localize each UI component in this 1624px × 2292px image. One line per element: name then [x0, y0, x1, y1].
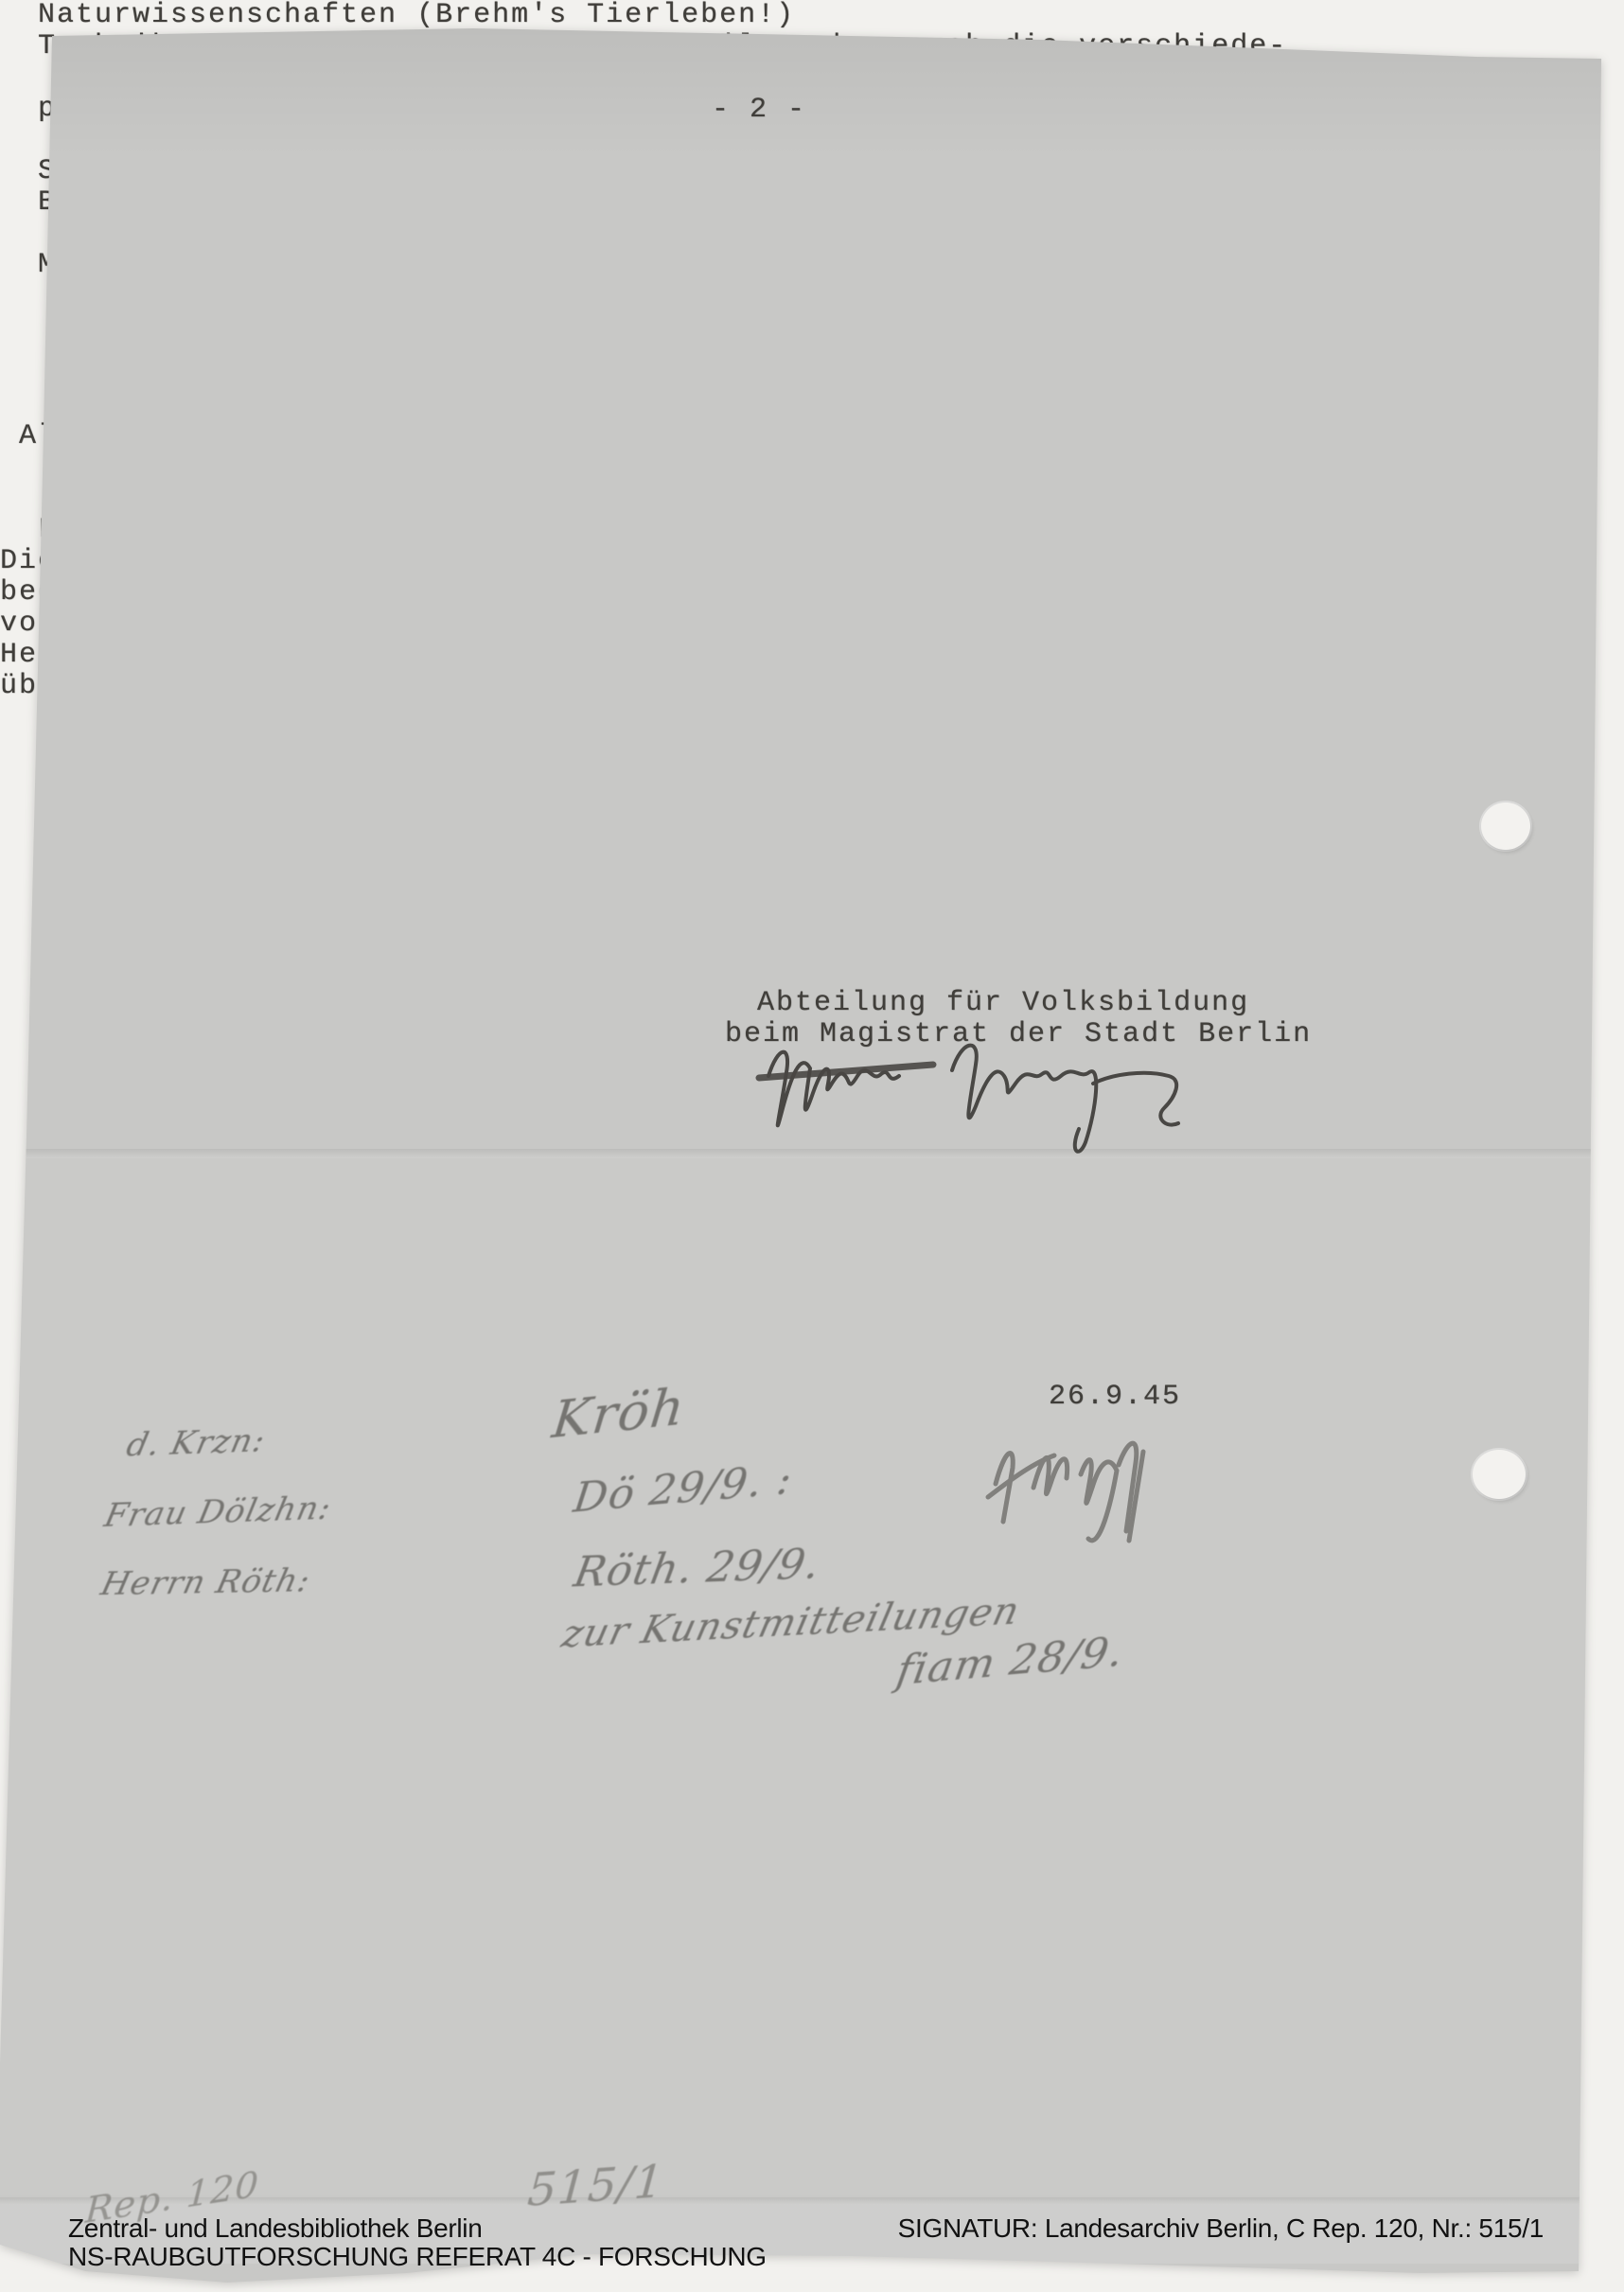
- punch-hole-bottom: [1473, 1450, 1526, 1499]
- page-number: - 2 -: [712, 95, 806, 126]
- pencil-signature-number: 515/1: [525, 2155, 665, 2217]
- lower-page-tone: [0, 1158, 1624, 2195]
- handwritten-note-label: Herrn Röth:: [97, 1561, 314, 1603]
- pencil-signature: [975, 1397, 1259, 1562]
- punch-hole-top: [1481, 802, 1530, 850]
- signoff-department: Abteilung für Volksbildung: [757, 988, 1249, 1019]
- handwritten-note-value: Röth. 29/9.: [571, 1541, 824, 1597]
- scan-edge-artifact: [0, 0, 1170, 4]
- paper-top-shading: [0, 26, 1624, 159]
- footer-signatur-line: SIGNATUR: Landesarchiv Berlin, C Rep. 12…: [0, 2214, 1544, 2243]
- ink-signature: [748, 1017, 1240, 1159]
- handwritten-note-label: d. Krzn:: [123, 1421, 269, 1464]
- scanned-document-page: - 2 - Naturwissenschaften (Brehm's Tierl…: [0, 0, 1624, 2292]
- footer-library-line-2: NS-RAUBGUTFORSCHUNG REFERAT 4C - FORSCHU…: [68, 2243, 767, 2271]
